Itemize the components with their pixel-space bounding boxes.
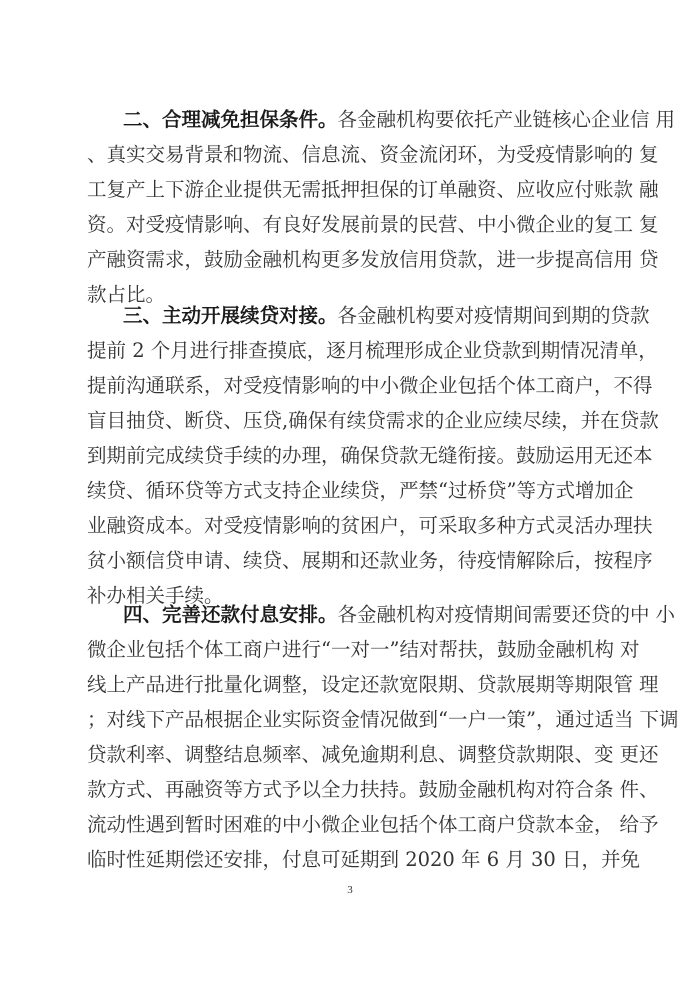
document-page: 二、合理减免担保条件。各金融机构要依托产业链核心企业信 用 、真实交易背景和物流…	[0, 0, 700, 989]
line-text: 、真实交易背景和物流、信息流、资金流闭环，为受疫情影响的	[87, 137, 633, 172]
paragraph-line: 、真实交易背景和物流、信息流、资金流闭环，为受疫情影响的 复	[87, 137, 623, 172]
line-text: 到期前完成续贷手续的办理，确保贷款无缝衔接。鼓励运用无还本	[87, 438, 653, 473]
section-heading: 四、完善还款付息安排。	[123, 603, 338, 626]
paragraph-line: 资。对受疫情影响、有良好发展前景的民营、中小微企业的复工 复	[87, 207, 623, 242]
line-text: 业融资成本。对受疫情影响的贫困户，可采取多种方式灵活办理扶	[87, 508, 653, 543]
line-text: 提前 2 个月进行排查摸底，逐月梳理形成企业贷款到期情况清单，	[87, 333, 658, 368]
paragraph-line: 三、主动开展续贷对接。各金融机构要对疫情期间到期的贷款	[87, 298, 623, 333]
line-tail: 融	[639, 172, 659, 207]
line-text: ；对线下产品根据企业实际资金情况做到“一户一策”，通过适当	[87, 702, 633, 737]
line-tail: 给予	[620, 807, 659, 842]
line-text: 盲目抽贷、断贷、压贷,确保有续贷需求的企业应续尽续，并在贷款	[87, 403, 659, 438]
paragraph-line: 线上产品进行批量化调整，设定还款宽限期、贷款展期等期限管 理	[87, 667, 623, 702]
line-tail: 小	[656, 597, 676, 632]
page-number: 3	[0, 880, 700, 900]
paragraph-line: 产融资需求，鼓励金融机构更多发放信用贷款，进一步提高信用 贷	[87, 242, 623, 277]
line-text: 资。对受疫情影响、有良好发展前景的民营、中小微企业的复工	[87, 207, 633, 242]
line-text: 工复产上下游企业提供无需抵押担保的订单融资、应收应付账款	[87, 172, 633, 207]
line-text: 各金融机构要依托产业链核心企业信	[338, 108, 650, 131]
line-tail: 下调	[639, 702, 678, 737]
line-tail: 对	[620, 632, 640, 667]
paragraph-line: 款方式、再融资等方式予以全力扶持。鼓励金融机构对符合条 件、	[87, 772, 623, 807]
paragraph-line: 工复产上下游企业提供无需抵押担保的订单融资、应收应付账款 融	[87, 172, 623, 207]
section-2-paragraph: 二、合理减免担保条件。各金融机构要依托产业链核心企业信 用 、真实交易背景和物流…	[87, 102, 623, 312]
line-tail: 更还	[620, 737, 659, 772]
paragraph-line: 四、完善还款付息安排。各金融机构对疫情期间需要还贷的中 小	[87, 597, 623, 632]
line-tail: 件、	[620, 772, 659, 807]
line-text: 线上产品进行批量化调整，设定还款宽限期、贷款展期等期限管	[87, 667, 633, 702]
paragraph-line: ；对线下产品根据企业实际资金情况做到“一户一策”，通过适当 下调	[87, 702, 623, 737]
line-text: 临时性延期偿还安排，付息可延期到 2020 年 6 月 30 日，并免	[87, 842, 640, 877]
line-tail: 用	[656, 102, 676, 137]
section-3-paragraph: 三、主动开展续贷对接。各金融机构要对疫情期间到期的贷款 提前 2 个月进行排查摸…	[87, 298, 623, 613]
line-text: 各金融机构对疫情期间需要还贷的中	[338, 603, 650, 626]
line-text: 各金融机构要对疫情期间到期的贷款	[338, 304, 650, 327]
paragraph-line: 提前 2 个月进行排查摸底，逐月梳理形成企业贷款到期情况清单，	[87, 333, 623, 368]
paragraph-line: 临时性延期偿还安排，付息可延期到 2020 年 6 月 30 日，并免	[87, 842, 623, 877]
line-tail: 理	[639, 667, 659, 702]
section-heading: 二、合理减免担保条件。	[123, 108, 338, 131]
line-text: 贫小额信贷申请、续贷、展期和还款业务，待疫情解除后，按程序	[87, 543, 653, 578]
paragraph-line: 流动性遇到暂时困难的中小微企业包括个体工商户贷款本金， 给予	[87, 807, 623, 842]
paragraph-line: 到期前完成续贷手续的办理，确保贷款无缝衔接。鼓励运用无还本	[87, 438, 623, 473]
line-tail: 复	[639, 137, 659, 172]
section-heading: 三、主动开展续贷对接。	[123, 304, 338, 327]
section-4-paragraph: 四、完善还款付息安排。各金融机构对疫情期间需要还贷的中 小 微企业包括个体工商户…	[87, 597, 623, 877]
paragraph-line: 续贷、循环贷等方式支持企业续贷，严禁“过桥贷”等方式增加企	[87, 473, 623, 508]
line-text: 款方式、再融资等方式予以全力扶持。鼓励金融机构对符合条	[87, 772, 614, 807]
line-tail: 复	[639, 207, 659, 242]
line-text: 流动性遇到暂时困难的中小微企业包括个体工商户贷款本金，	[87, 807, 614, 842]
paragraph-line: 业融资成本。对受疫情影响的贫困户，可采取多种方式灵活办理扶	[87, 508, 623, 543]
paragraph-line: 微企业包括个体工商户进行“一对一”结对帮扶，鼓励金融机构 对	[87, 632, 623, 667]
line-tail: 贷	[639, 242, 659, 277]
paragraph-line: 贷款利率、调整结息频率、减免逾期利息、调整贷款期限、变 更还	[87, 737, 623, 772]
paragraph-line: 提前沟通联系，对受疫情影响的中小微企业包括个体工商户，不得	[87, 368, 623, 403]
paragraph-line: 盲目抽贷、断贷、压贷,确保有续贷需求的企业应续尽续，并在贷款	[87, 403, 623, 438]
line-text: 产融资需求，鼓励金融机构更多发放信用贷款，进一步提高信用	[87, 242, 633, 277]
line-text: 提前沟通联系，对受疫情影响的中小微企业包括个体工商户，不得	[87, 368, 653, 403]
paragraph-line: 贫小额信贷申请、续贷、展期和还款业务，待疫情解除后，按程序	[87, 543, 623, 578]
line-text: 贷款利率、调整结息频率、减免逾期利息、调整贷款期限、变	[87, 737, 614, 772]
line-text: 续贷、循环贷等方式支持企业续贷，严禁“过桥贷”等方式增加企	[87, 473, 633, 508]
line-text: 微企业包括个体工商户进行“一对一”结对帮扶，鼓励金融机构	[87, 632, 614, 667]
paragraph-line: 二、合理减免担保条件。各金融机构要依托产业链核心企业信 用	[87, 102, 623, 137]
